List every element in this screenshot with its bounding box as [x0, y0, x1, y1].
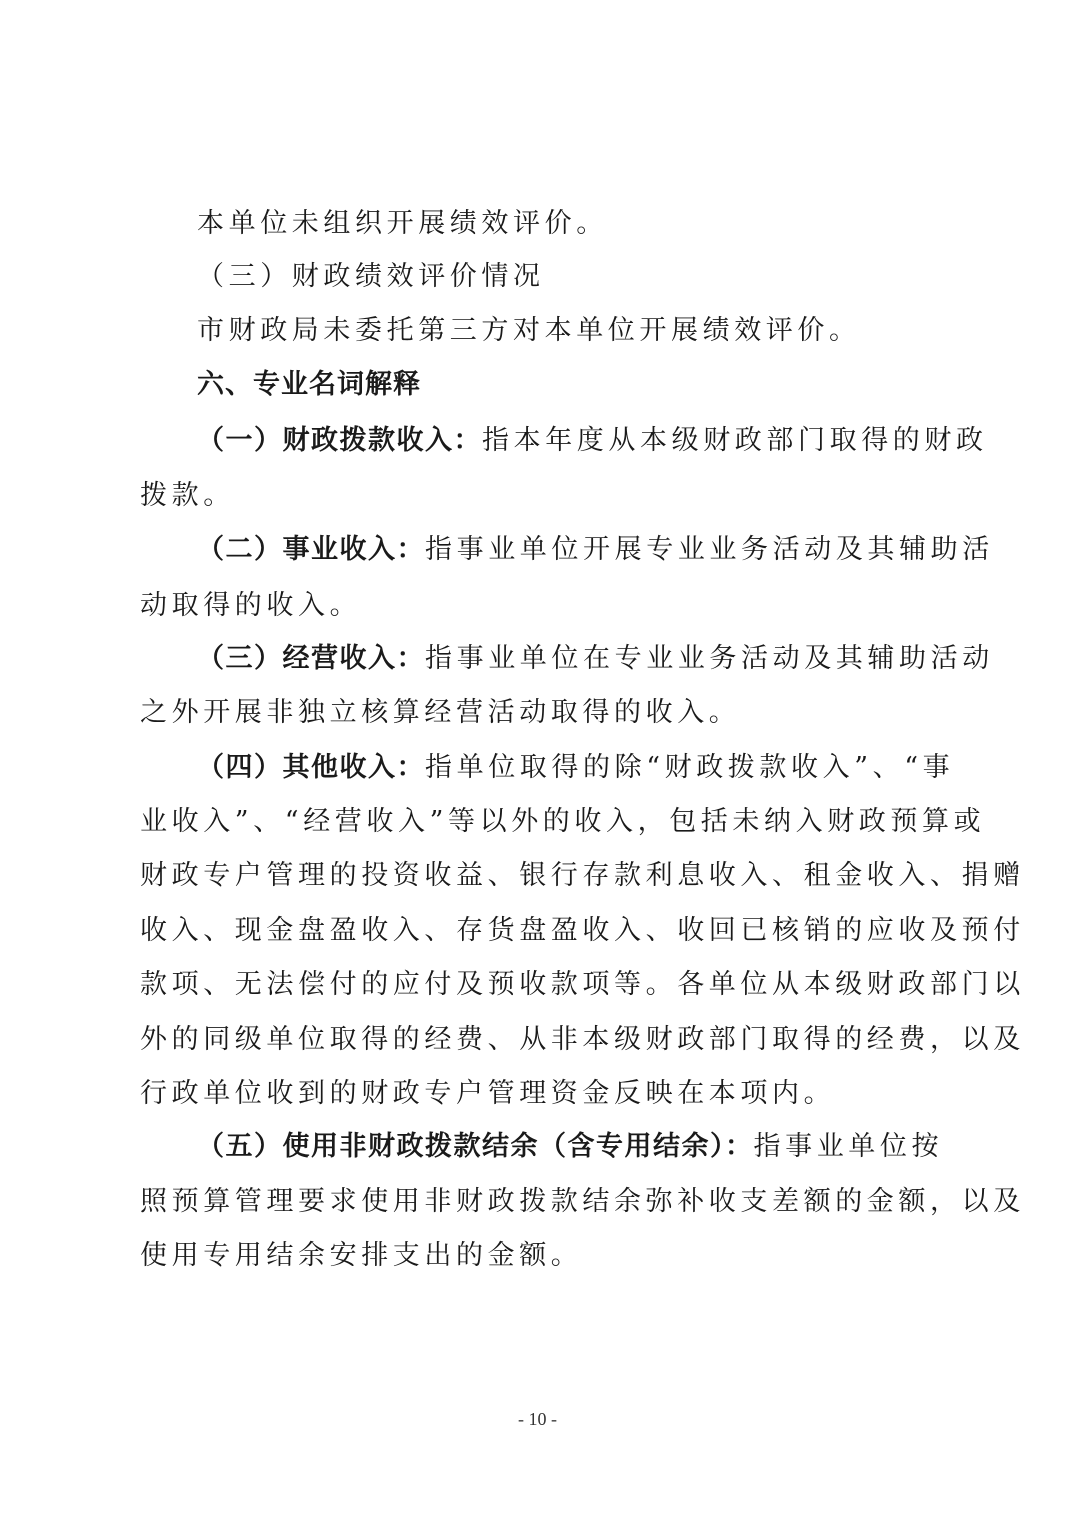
definition-continuation: 行政单位收到的财政专户管理资金反映在本项内。: [140, 1077, 940, 1111]
definition-continuation: 款项、无法偿付的应付及预收款项等。各单位从本级财政部门以: [140, 968, 940, 1002]
definition-continuation: 使用专用结余安排支出的金额。: [140, 1239, 940, 1273]
definition-term: （三）经营收入：: [197, 643, 425, 674]
definition-term: （四）其他收入：: [197, 752, 425, 783]
document-page: 本单位未组织开展绩效评价。 （三）财政绩效评价情况 市财政局未委托第三方对本单位…: [0, 0, 1075, 1520]
definition-first-line: （五）使用非财政拨款结余（含专用结余）：指事业单位按: [197, 1130, 997, 1164]
definition-continuation: 拨款。: [140, 479, 940, 513]
definition-continuation: 之外开展非独立核算经营活动取得的收入。: [140, 696, 940, 730]
subsection-heading: （三）财政绩效评价情况: [197, 260, 997, 294]
definition-term: （五）使用非财政拨款结余（含专用结余）：: [197, 1131, 754, 1162]
page-number: - 10 -: [0, 1409, 1075, 1430]
definition-continuation: 外的同级单位取得的经费、从非本级财政部门取得的经费，以及: [140, 1023, 940, 1057]
definition-first-line: （四）其他收入：指单位取得的除“财政拨款收入”、“事: [197, 751, 997, 785]
definition-text: 指单位取得的除“财政拨款收入”、“事: [425, 752, 954, 783]
definition-continuation: 业收入”、“经营收入”等以外的收入，包括未纳入财政预算或: [140, 805, 940, 839]
section-heading: 六、专业名词解释: [197, 368, 997, 402]
definition-first-line: （二）事业收入：指事业单位开展专业业务活动及其辅助活: [197, 533, 997, 567]
definition-text: 指本年度从本级财政部门取得的财政: [482, 425, 988, 456]
paragraph-line: 本单位未组织开展绩效评价。: [197, 207, 997, 241]
definition-text: 指事业单位按: [754, 1131, 944, 1162]
definition-term: （一）财政拨款收入：: [197, 425, 482, 456]
definition-term: （二）事业收入：: [197, 534, 425, 565]
paragraph-line: 市财政局未委托第三方对本单位开展绩效评价。: [197, 314, 997, 348]
definition-continuation: 收入、现金盘盈收入、存货盘盈收入、收回已核销的应收及预付: [140, 914, 940, 948]
definition-continuation: 照预算管理要求使用非财政拨款结余弥补收支差额的金额，以及: [140, 1185, 940, 1219]
definition-text: 指事业单位开展专业业务活动及其辅助活: [425, 534, 994, 565]
definition-continuation: 动取得的收入。: [140, 589, 940, 623]
definition-continuation: 财政专户管理的投资收益、银行存款利息收入、租金收入、捐赠: [140, 859, 940, 893]
definition-text: 指事业单位在专业业务活动及其辅助活动: [425, 643, 994, 674]
definition-first-line: （三）经营收入：指事业单位在专业业务活动及其辅助活动: [197, 642, 997, 676]
definition-first-line: （一）财政拨款收入：指本年度从本级财政部门取得的财政: [197, 424, 997, 458]
